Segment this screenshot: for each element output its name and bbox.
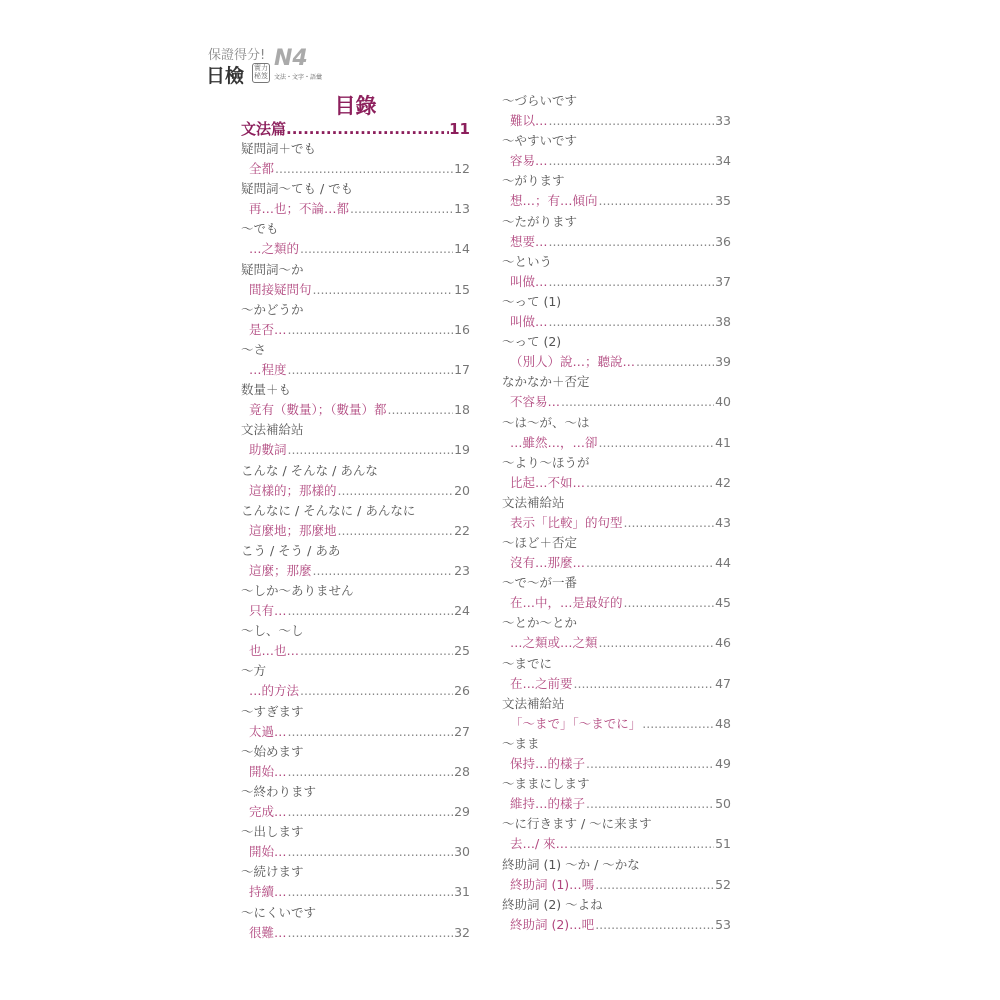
toc-entry[interactable]: なかなか＋否定不容易…40	[502, 372, 731, 412]
entry-japanese: 数量＋も	[241, 380, 470, 400]
leader-dots	[350, 199, 453, 219]
toc-list-left: 疑問詞＋でも全都12疑問詞〜ても / でも再…也；不論…都13〜でも…之類的14…	[241, 139, 470, 943]
entry-chinese-row: 終助詞 (1)…嗎52	[502, 875, 731, 895]
entry-chinese: 是否…	[249, 320, 287, 340]
entry-page: 39	[715, 352, 731, 372]
toc-entry[interactable]: 〜とか〜とか…之類或…之類46	[502, 613, 731, 653]
entry-chinese-row: 容易…34	[502, 151, 731, 171]
entry-page: 44	[715, 553, 731, 573]
entry-japanese: 〜にくいです	[241, 903, 470, 923]
toc-section-grammar[interactable]: 文法篇 11	[241, 119, 470, 139]
toc-entry[interactable]: 〜って (1)叫做…38	[502, 292, 731, 332]
entry-chinese-row: 持續…31	[241, 882, 470, 902]
logo-subtitle: 文法・文字・語彙	[274, 72, 322, 81]
toc-entry[interactable]: 〜という叫做…37	[502, 252, 731, 292]
leader-dots	[595, 875, 714, 895]
leader-dots	[338, 481, 454, 501]
entry-japanese: 〜始めます	[241, 742, 470, 762]
entry-japanese: 〜ままにします	[502, 774, 731, 794]
entry-chinese-row: 叫做…37	[502, 272, 731, 292]
entry-chinese-row: 去…/ 來…51	[502, 834, 731, 854]
entry-chinese: …的方法	[249, 681, 299, 701]
entry-page: 28	[454, 762, 470, 782]
leader-dots	[586, 794, 714, 814]
leader-dots	[288, 722, 454, 742]
entry-japanese: 〜続けます	[241, 862, 470, 882]
leader-dots	[599, 433, 715, 453]
entry-chinese: 開始…	[249, 842, 287, 862]
leader-dots	[599, 191, 715, 211]
entry-chinese: 叫做…	[510, 272, 548, 292]
entry-chinese-row: 在…中，…是最好的45	[502, 593, 731, 613]
entry-chinese: 只有…	[249, 601, 287, 621]
entry-japanese: 〜って (1)	[502, 292, 731, 312]
leader-dots	[288, 320, 454, 340]
entry-page: 19	[454, 440, 470, 460]
entry-japanese: 疑問詞〜か	[241, 260, 470, 280]
entry-chinese-row: 助數詞19	[241, 440, 470, 460]
entry-chinese: 持續…	[249, 882, 287, 902]
entry-page: 23	[454, 561, 470, 581]
logo-badge: 實力 秘笈	[252, 63, 270, 83]
logo-title: 日檢	[206, 61, 244, 88]
entry-chinese: …之類或…之類	[510, 633, 598, 653]
toc-entry[interactable]: 疑問詞〜か間接疑問句15	[241, 260, 470, 300]
entry-page: 15	[454, 280, 470, 300]
entry-chinese: 在…中，…是最好的	[510, 593, 623, 613]
entry-page: 36	[715, 232, 731, 252]
entry-japanese: 〜でも	[241, 219, 470, 239]
entry-chinese: 助數詞	[249, 440, 287, 460]
entry-chinese-row: 難以…33	[502, 111, 731, 131]
entry-chinese-row: 「〜まで」「〜までに」48	[502, 714, 731, 734]
leader-dots	[300, 239, 453, 259]
entry-page: 37	[715, 272, 731, 292]
entry-chinese-row: 叫做…38	[502, 312, 731, 332]
entry-chinese: 想要…	[510, 232, 548, 252]
entry-page: 33	[715, 111, 731, 131]
toc-entry[interactable]: 〜さ…程度17	[241, 340, 470, 380]
toc-entry[interactable]: 〜って (2)（別人）說…；聽說…39	[502, 332, 731, 372]
leader-dots	[275, 159, 453, 179]
entry-chinese: 去…/ 來…	[510, 834, 568, 854]
entry-japanese: 〜とか〜とか	[502, 613, 731, 633]
leader-dots	[549, 312, 715, 332]
section-label: 文法篇	[241, 119, 286, 139]
entry-page: 41	[715, 433, 731, 453]
entry-japanese: 〜たがります	[502, 212, 731, 232]
entry-chinese: 表示「比較」的句型	[510, 513, 623, 533]
leader-dots	[586, 553, 714, 573]
toc-left-column: 目錄 文法篇 11 疑問詞＋でも全都12疑問詞〜ても / でも再…也；不論…都1…	[241, 93, 470, 943]
book-logo: 保證得分! 日檢 實力 秘笈 N4 文法・文字・語彙	[206, 44, 316, 84]
leader-dots	[288, 762, 454, 782]
section-page: 11	[449, 119, 470, 139]
entry-chinese-row: …程度17	[241, 360, 470, 380]
entry-chinese-row: 只有…24	[241, 601, 470, 621]
leader-dots	[288, 882, 454, 902]
entry-japanese: 〜で〜が一番	[502, 573, 731, 593]
toc-entry[interactable]: 〜かどうか是否…16	[241, 300, 470, 340]
entry-page: 53	[715, 915, 731, 935]
entry-chinese: 很難…	[249, 923, 287, 943]
toc-entry[interactable]: 終助詞 (2) 〜よね終助詞 (2)…吧53	[502, 895, 731, 935]
leader-dots	[388, 400, 454, 420]
entry-chinese-row: …之類的14	[241, 239, 470, 259]
toc-entry[interactable]: こんな / そんな / あんな這樣的；那樣的20	[241, 461, 470, 501]
logo-level: N4	[274, 46, 308, 71]
entry-chinese-row: 想…；有…傾向35	[502, 191, 731, 211]
entry-chinese-row: 維持…的樣子50	[502, 794, 731, 814]
leader-dots	[642, 714, 714, 734]
leader-dots	[288, 440, 454, 460]
entry-page: 18	[454, 400, 470, 420]
leader-dots	[300, 641, 453, 661]
toc-entry[interactable]: 〜ままにします維持…的樣子50	[502, 774, 731, 814]
entry-page: 43	[715, 513, 731, 533]
toc-entry[interactable]: 文法補給站「〜まで」「〜までに」48	[502, 694, 731, 734]
entry-chinese: 間接疑問句	[249, 280, 312, 300]
toc-entry[interactable]: 文法補給站助數詞19	[241, 420, 470, 460]
entry-page: 20	[454, 481, 470, 501]
leader-dots	[574, 674, 715, 694]
entry-page: 31	[454, 882, 470, 902]
entry-chinese: 想…；有…傾向	[510, 191, 598, 211]
leader-dots	[300, 681, 453, 701]
toc-entry[interactable]: 疑問詞＋でも全都12	[241, 139, 470, 179]
toc-entry[interactable]: 〜づらいです難以…33	[502, 91, 731, 131]
entry-japanese: 疑問詞〜ても / でも	[241, 179, 470, 199]
entry-page: 30	[454, 842, 470, 862]
entry-chinese-row: （別人）說…；聽說…39	[502, 352, 731, 372]
entry-chinese: 開始…	[249, 762, 287, 782]
toc-entry[interactable]: 〜より〜ほうが比起…不如…42	[502, 453, 731, 493]
entry-japanese: 文法補給站	[502, 493, 731, 513]
entry-japanese: 〜がります	[502, 171, 731, 191]
entry-page: 32	[454, 923, 470, 943]
entry-japanese: 〜方	[241, 661, 470, 681]
leader-dots	[586, 754, 714, 774]
entry-japanese: 文法補給站	[502, 694, 731, 714]
entry-page: 51	[715, 834, 731, 854]
toc-entry[interactable]: 〜出します開始…30	[241, 822, 470, 862]
leader-dots	[549, 272, 715, 292]
entry-chinese-row: 太過…27	[241, 722, 470, 742]
entry-chinese-row: 開始…30	[241, 842, 470, 862]
toc-entry[interactable]: 数量＋も竟有（數量）；（數量）都18	[241, 380, 470, 420]
toc-entry[interactable]: 〜やすいです容易…34	[502, 131, 731, 171]
entry-chinese-row: 終助詞 (2)…吧53	[502, 915, 731, 935]
entry-page: 46	[715, 633, 731, 653]
entry-chinese-row: 這麼；那麼23	[241, 561, 470, 581]
entry-chinese: 容易…	[510, 151, 548, 171]
leader-dots	[286, 119, 449, 139]
entry-chinese-row: 也…也…25	[241, 641, 470, 661]
entry-page: 22	[454, 521, 470, 541]
toc-title: 目錄	[241, 93, 470, 119]
entry-page: 16	[454, 320, 470, 340]
entry-chinese-row: 很難…32	[241, 923, 470, 943]
leader-dots	[595, 915, 714, 935]
entry-chinese: 全都	[249, 159, 274, 179]
toc-entry[interactable]: 〜たがります想要…36	[502, 212, 731, 252]
entry-chinese-row: 是否…16	[241, 320, 470, 340]
toc-entry[interactable]: 〜までに在…之前要47	[502, 654, 731, 694]
entry-chinese: …之類的	[249, 239, 299, 259]
entry-chinese: （別人）說…；聽說…	[510, 352, 635, 372]
entry-chinese: 竟有（數量）；（數量）都	[249, 400, 387, 420]
entry-japanese: こんなに / そんなに / あんなに	[241, 501, 470, 521]
entry-chinese-row: 再…也；不論…都13	[241, 199, 470, 219]
entry-chinese-row: 比起…不如…42	[502, 473, 731, 493]
entry-chinese-row: 想要…36	[502, 232, 731, 252]
entry-japanese: 文法補給站	[241, 420, 470, 440]
entry-japanese: 〜って (2)	[502, 332, 731, 352]
entry-page: 26	[454, 681, 470, 701]
entry-japanese: 〜は〜が、〜は	[502, 413, 731, 433]
entry-japanese: 〜終わります	[241, 782, 470, 802]
entry-chinese: 終助詞 (1)…嗎	[510, 875, 594, 895]
entry-chinese-row: 全都12	[241, 159, 470, 179]
entry-japanese: 〜に行きます / 〜に来ます	[502, 814, 731, 834]
leader-dots	[313, 561, 454, 581]
entry-japanese: こんな / そんな / あんな	[241, 461, 470, 481]
entry-japanese: 〜出します	[241, 822, 470, 842]
entry-page: 47	[715, 674, 731, 694]
leader-dots	[338, 521, 454, 541]
entry-page: 17	[454, 360, 470, 380]
toc-entry[interactable]: 〜で〜が一番在…中，…是最好的45	[502, 573, 731, 613]
entry-chinese: 比起…不如…	[510, 473, 585, 493]
leader-dots	[549, 151, 715, 171]
toc-list-right: 〜づらいです難以…33〜やすいです容易…34〜がります想…；有…傾向35〜たがり…	[502, 91, 731, 935]
leader-dots	[288, 842, 454, 862]
entry-chinese-row: …雖然…，…卻41	[502, 433, 731, 453]
entry-chinese: 完成…	[249, 802, 287, 822]
leader-dots	[288, 923, 454, 943]
toc-entry[interactable]: 〜は〜が、〜は…雖然…，…卻41	[502, 413, 731, 453]
entry-japanese: 〜までに	[502, 654, 731, 674]
entry-chinese-row: 不容易…40	[502, 392, 731, 412]
entry-chinese-row: 沒有…那麼…44	[502, 553, 731, 573]
entry-japanese: 〜し、〜し	[241, 621, 470, 641]
entry-chinese: 這麼地；那麼地	[249, 521, 337, 541]
leader-dots	[624, 593, 715, 613]
entry-page: 13	[454, 199, 470, 219]
toc-entry[interactable]: 〜がります想…；有…傾向35	[502, 171, 731, 211]
toc-entry[interactable]: 〜方…的方法26	[241, 661, 470, 701]
toc-entry[interactable]: 疑問詞〜ても / でも再…也；不論…都13	[241, 179, 470, 219]
entry-page: 14	[454, 239, 470, 259]
entry-page: 25	[454, 641, 470, 661]
entry-japanese: 〜という	[502, 252, 731, 272]
toc-entry[interactable]: こんなに / そんなに / あんなに這麼地；那麼地22	[241, 501, 470, 541]
toc-entry[interactable]: 〜にくいです很難…32	[241, 903, 470, 943]
toc-entry[interactable]: 〜ほど＋否定沒有…那麼…44	[502, 533, 731, 573]
entry-japanese: 疑問詞＋でも	[241, 139, 470, 159]
entry-page: 38	[715, 312, 731, 332]
entry-japanese: なかなか＋否定	[502, 372, 731, 392]
leader-dots	[313, 280, 454, 300]
leader-dots	[549, 111, 715, 131]
entry-japanese: 終助詞 (2) 〜よね	[502, 895, 731, 915]
leader-dots	[549, 232, 715, 252]
leader-dots	[586, 473, 714, 493]
toc-entry[interactable]: 〜し、〜し也…也…25	[241, 621, 470, 661]
entry-page: 42	[715, 473, 731, 493]
entry-chinese-row: 保持…的樣子49	[502, 754, 731, 774]
toc-entry[interactable]: 〜始めます開始…28	[241, 742, 470, 782]
entry-chinese-row: 間接疑問句15	[241, 280, 470, 300]
entry-chinese: 不容易…	[510, 392, 560, 412]
entry-japanese: 〜づらいです	[502, 91, 731, 111]
toc-right-column: 〜づらいです難以…33〜やすいです容易…34〜がります想…；有…傾向35〜たがり…	[502, 91, 731, 935]
entry-chinese: …程度	[249, 360, 287, 380]
entry-page: 52	[715, 875, 731, 895]
leader-dots	[561, 392, 714, 412]
entry-chinese: 「〜まで」「〜までに」	[510, 714, 641, 734]
entry-chinese: 沒有…那麼…	[510, 553, 585, 573]
entry-japanese: 〜しか〜ありません	[241, 581, 470, 601]
leader-dots	[288, 601, 454, 621]
entry-chinese: 這麼；那麼	[249, 561, 312, 581]
entry-chinese-row: 完成…29	[241, 802, 470, 822]
leader-dots	[624, 513, 715, 533]
toc-entry[interactable]: 〜すぎます太過…27	[241, 702, 470, 742]
entry-chinese-row: 開始…28	[241, 762, 470, 782]
entry-japanese: 〜より〜ほうが	[502, 453, 731, 473]
entry-page: 48	[715, 714, 731, 734]
toc-entry[interactable]: こう / そう / ああ這麼；那麼23	[241, 541, 470, 581]
entry-chinese: 維持…的樣子	[510, 794, 585, 814]
entry-chinese-row: …之類或…之類46	[502, 633, 731, 653]
entry-chinese: …雖然…，…卻	[510, 433, 598, 453]
entry-japanese: 〜ほど＋否定	[502, 533, 731, 553]
entry-page: 34	[715, 151, 731, 171]
leader-dots	[288, 802, 454, 822]
toc-entry[interactable]: 〜終わります完成…29	[241, 782, 470, 822]
entry-japanese: 〜かどうか	[241, 300, 470, 320]
entry-chinese-row: …的方法26	[241, 681, 470, 701]
entry-chinese: 保持…的樣子	[510, 754, 585, 774]
entry-chinese-row: 竟有（數量）；（數量）都18	[241, 400, 470, 420]
toc-entry[interactable]: 〜まま保持…的樣子49	[502, 734, 731, 774]
leader-dots	[599, 633, 715, 653]
entry-chinese: 終助詞 (2)…吧	[510, 915, 594, 935]
entry-chinese: 難以…	[510, 111, 548, 131]
entry-chinese: 太過…	[249, 722, 287, 742]
entry-chinese: 這樣的；那樣的	[249, 481, 337, 501]
entry-chinese: 也…也…	[249, 641, 299, 661]
entry-chinese-row: 表示「比較」的句型43	[502, 513, 731, 533]
entry-page: 49	[715, 754, 731, 774]
entry-page: 50	[715, 794, 731, 814]
leader-dots	[636, 352, 714, 372]
toc-entry[interactable]: 〜しか〜ありません只有…24	[241, 581, 470, 621]
entry-japanese: 〜すぎます	[241, 702, 470, 722]
entry-chinese: 叫做…	[510, 312, 548, 332]
toc-entry[interactable]: 〜に行きます / 〜に来ます去…/ 來…51	[502, 814, 731, 854]
toc-entry[interactable]: 文法補給站表示「比較」的句型43	[502, 493, 731, 533]
entry-japanese: こう / そう / ああ	[241, 541, 470, 561]
toc-entry[interactable]: 〜続けます持續…31	[241, 862, 470, 902]
entry-page: 27	[454, 722, 470, 742]
entry-japanese: 〜さ	[241, 340, 470, 360]
entry-page: 24	[454, 601, 470, 621]
toc-entry[interactable]: 〜でも…之類的14	[241, 219, 470, 259]
entry-chinese-row: 這樣的；那樣的20	[241, 481, 470, 501]
entry-page: 35	[715, 191, 731, 211]
leader-dots	[288, 360, 454, 380]
entry-chinese: 再…也；不論…都	[249, 199, 349, 219]
entry-chinese-row: 這麼地；那麼地22	[241, 521, 470, 541]
toc-entry[interactable]: 終助詞 (1) 〜か / 〜かな終助詞 (1)…嗎52	[502, 855, 731, 895]
entry-page: 45	[715, 593, 731, 613]
entry-japanese: 終助詞 (1) 〜か / 〜かな	[502, 855, 731, 875]
leader-dots	[569, 834, 714, 854]
entry-japanese: 〜まま	[502, 734, 731, 754]
entry-page: 29	[454, 802, 470, 822]
entry-page: 40	[715, 392, 731, 412]
entry-japanese: 〜やすいです	[502, 131, 731, 151]
entry-page: 12	[454, 159, 470, 179]
entry-chinese: 在…之前要	[510, 674, 573, 694]
entry-chinese-row: 在…之前要47	[502, 674, 731, 694]
